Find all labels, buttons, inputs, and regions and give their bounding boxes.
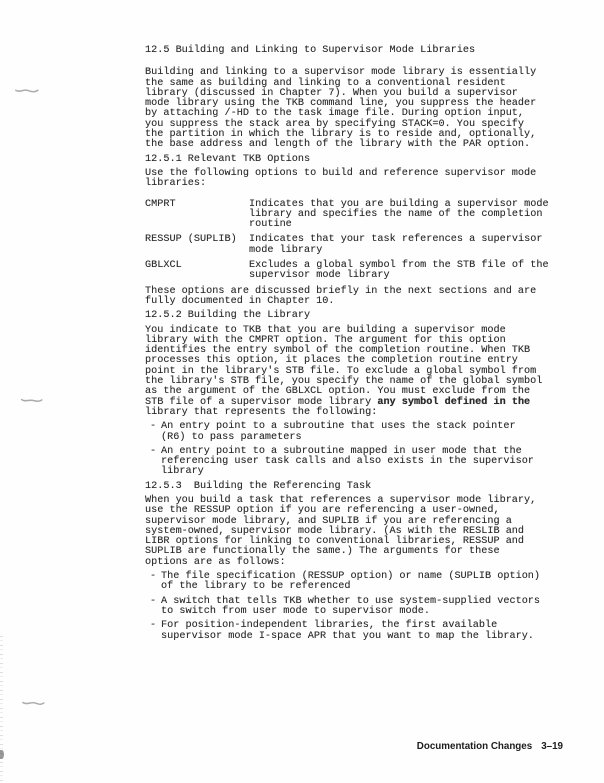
footer-title: Documentation Changes [417, 742, 532, 752]
option-row: CMPRT Indicates that you are building a … [145, 200, 557, 231]
page-number: 3–19 [541, 742, 563, 752]
option-row: GBLXCL Excludes a global symbol from the… [145, 261, 557, 282]
paragraph: These options are discussed briefly in t… [145, 287, 557, 308]
pencil-mark-icon [20, 395, 43, 411]
paragraph: When you build a task that references a … [145, 496, 557, 568]
section-relevant-tkb-options: 12.5.1 Relevant TKB Options Use the foll… [145, 155, 557, 308]
page-footer: Documentation Changes 3–19 [417, 742, 563, 752]
scanned-manual-page: 12.5 Building and Linking to Supervisor … [0, 0, 604, 783]
section-heading: 12.5 Building and Linking to Supervisor … [145, 46, 557, 56]
section-building-linking: 12.5 Building and Linking to Supervisor … [145, 46, 557, 151]
bullet-list: - The file specification (RESSUP option)… [145, 572, 557, 642]
bullet-item: - The file specification (RESSUP option)… [145, 572, 557, 593]
bullet-dash: - [150, 572, 156, 582]
bullet-text: For position-independent libraries, the … [161, 621, 557, 642]
paragraph: Building and linking to a supervisor mod… [145, 68, 557, 150]
section-heading: 12.5.2 Building the Library [145, 311, 557, 321]
paragraph: You indicate to TKB that you are buildin… [145, 326, 557, 419]
bullet-list: - An entry point to a subroutine that us… [145, 422, 557, 477]
bullet-item: - An entry point to a subroutine mapped … [145, 447, 557, 478]
text-column: 12.5 Building and Linking to Supervisor … [145, 42, 557, 646]
option-description: Indicates that your task references a su… [249, 235, 557, 256]
scan-edge-speck [0, 750, 4, 759]
section-building-the-library: 12.5.2 Building the Library You indicate… [145, 311, 557, 477]
bullet-text: An entry point to a subroutine mapped in… [161, 447, 557, 478]
pencil-mark-icon [22, 698, 46, 712]
option-term: CMPRT [145, 200, 249, 231]
options-list: CMPRT Indicates that you are building a … [145, 200, 557, 282]
bullet-item: - An entry point to a subroutine that us… [145, 422, 557, 443]
option-description: Indicates that you are building a superv… [249, 200, 557, 231]
pencil-mark-icon [15, 85, 40, 101]
option-row: RESSUP (SUPLIB) Indicates that your task… [145, 235, 557, 256]
bullet-dash: - [150, 597, 156, 607]
paragraph-text: library that represents the following: [145, 407, 377, 418]
section-heading: 12.5.1 Relevant TKB Options [145, 155, 557, 165]
scan-edge-artifact [0, 636, 3, 783]
section-building-referencing-task: 12.5.3 Building the Referencing Task Whe… [145, 482, 557, 642]
bullet-dash: - [150, 621, 156, 631]
option-term: RESSUP (SUPLIB) [145, 235, 249, 256]
option-description: Excludes a global symbol from the STB fi… [249, 261, 557, 282]
bullet-item: - A switch that tells TKB whether to use… [145, 597, 557, 618]
paragraph-text: You indicate to TKB that you are buildin… [145, 325, 542, 408]
section-heading: 12.5.3 Building the Referencing Task [145, 482, 557, 492]
bullet-dash: - [150, 422, 156, 432]
bullet-text: The file specification (RESSUP option) o… [161, 572, 557, 593]
option-term: GBLXCL [145, 261, 249, 282]
bullet-text: A switch that tells TKB whether to use s… [161, 597, 557, 618]
paragraph: Use the following options to build and r… [145, 169, 557, 190]
bullet-dash: - [150, 447, 156, 457]
bullet-text: An entry point to a subroutine that uses… [161, 422, 557, 443]
bullet-item: - For position-independent libraries, th… [145, 621, 557, 642]
emphasized-text: any symbol defined in the [377, 397, 530, 408]
